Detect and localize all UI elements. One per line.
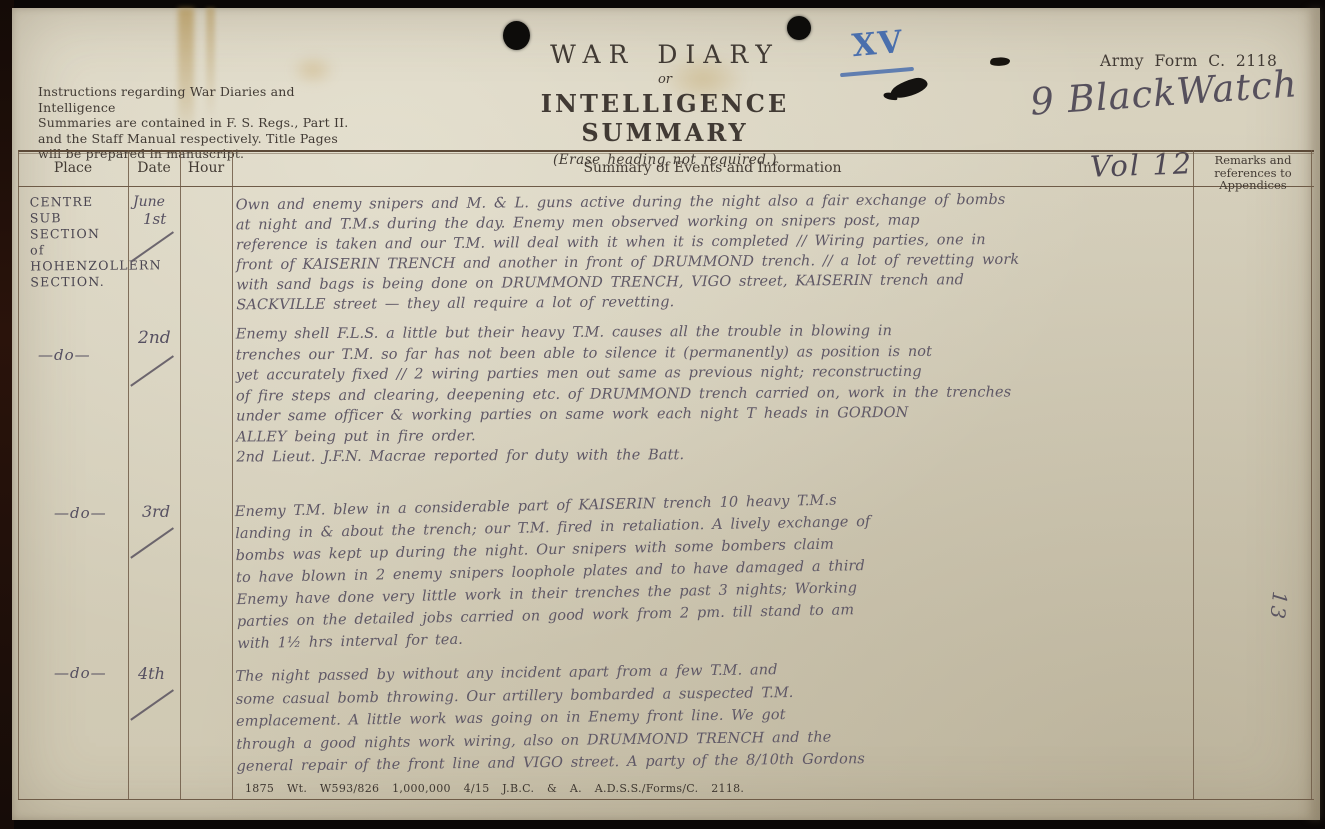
edge-shadow — [1304, 8, 1320, 820]
date-day-row1: 1st — [143, 210, 166, 228]
form-title-or: or — [465, 72, 865, 87]
form-title: WAR DIARY — [465, 40, 865, 69]
diary-entry-june-3: Enemy T.M. blew in a considerable part o… — [235, 483, 1190, 655]
date-slash — [130, 689, 174, 720]
printers-imprint: 1875 Wt. W593/826 1,000,000 4/15 J.B.C. … — [245, 782, 744, 795]
date-day-row3: 3rd — [142, 502, 170, 521]
place-ditto-row4: —do— — [54, 664, 107, 682]
date-day-row2: 2nd — [138, 328, 171, 348]
diary-entry-june-4: The night passed by without any incident… — [235, 654, 1188, 778]
column-header-date: Date — [128, 160, 180, 176]
place-entry-row1: CENTRE SUB SECTION of HOHENZOLLERN SECTI… — [30, 194, 135, 291]
column-header-hour: Hour — [180, 160, 232, 176]
handwritten-volume-mark: XV — [851, 24, 906, 64]
divider-date-hour — [180, 150, 181, 800]
table-top-rule-2 — [18, 153, 1314, 154]
paper-stain — [290, 54, 336, 86]
divider-hour-summary — [232, 150, 233, 800]
table-border-left — [18, 150, 19, 800]
place-ditto-row2: —do— — [38, 346, 91, 364]
handwritten-margin-note: 13 — [1265, 590, 1292, 622]
date-day-row4: 4th — [138, 664, 165, 683]
date-slash — [130, 355, 174, 386]
column-header-summary: Summary of Events and Information — [232, 160, 1193, 176]
divider-summary-remarks — [1193, 150, 1194, 800]
diary-entry-june-2: Enemy shell F.L.S. a little but their he… — [236, 320, 1189, 468]
column-header-remarks: Remarks and references to Appendices — [1195, 154, 1311, 192]
table-top-rule — [18, 150, 1314, 152]
table-bottom-rule — [18, 799, 1314, 800]
date-month-row1: June — [133, 194, 165, 210]
form-title-block: WAR DIARY or INTELLIGENCE SUMMARY (Erase… — [465, 40, 865, 168]
date-slash — [130, 527, 174, 558]
punch-hole-icon — [787, 16, 811, 40]
ink-blot-icon — [889, 76, 930, 101]
place-ditto-row3: —do— — [54, 504, 107, 522]
table-border-right — [1311, 150, 1312, 800]
column-header-place: Place — [18, 160, 128, 176]
ink-blot-icon — [989, 55, 1010, 67]
diary-entry-june-1: Own and enemy snipers and M. & L. guns a… — [236, 189, 1189, 316]
form-subtitle: INTELLIGENCE SUMMARY — [465, 89, 865, 147]
scanned-war-diary-page: { "form": { "army_form_number": "Army Fo… — [0, 0, 1325, 829]
paper-sheet: Instructions regarding War Diaries and I… — [12, 8, 1320, 820]
header-bottom-rule — [18, 186, 1314, 187]
